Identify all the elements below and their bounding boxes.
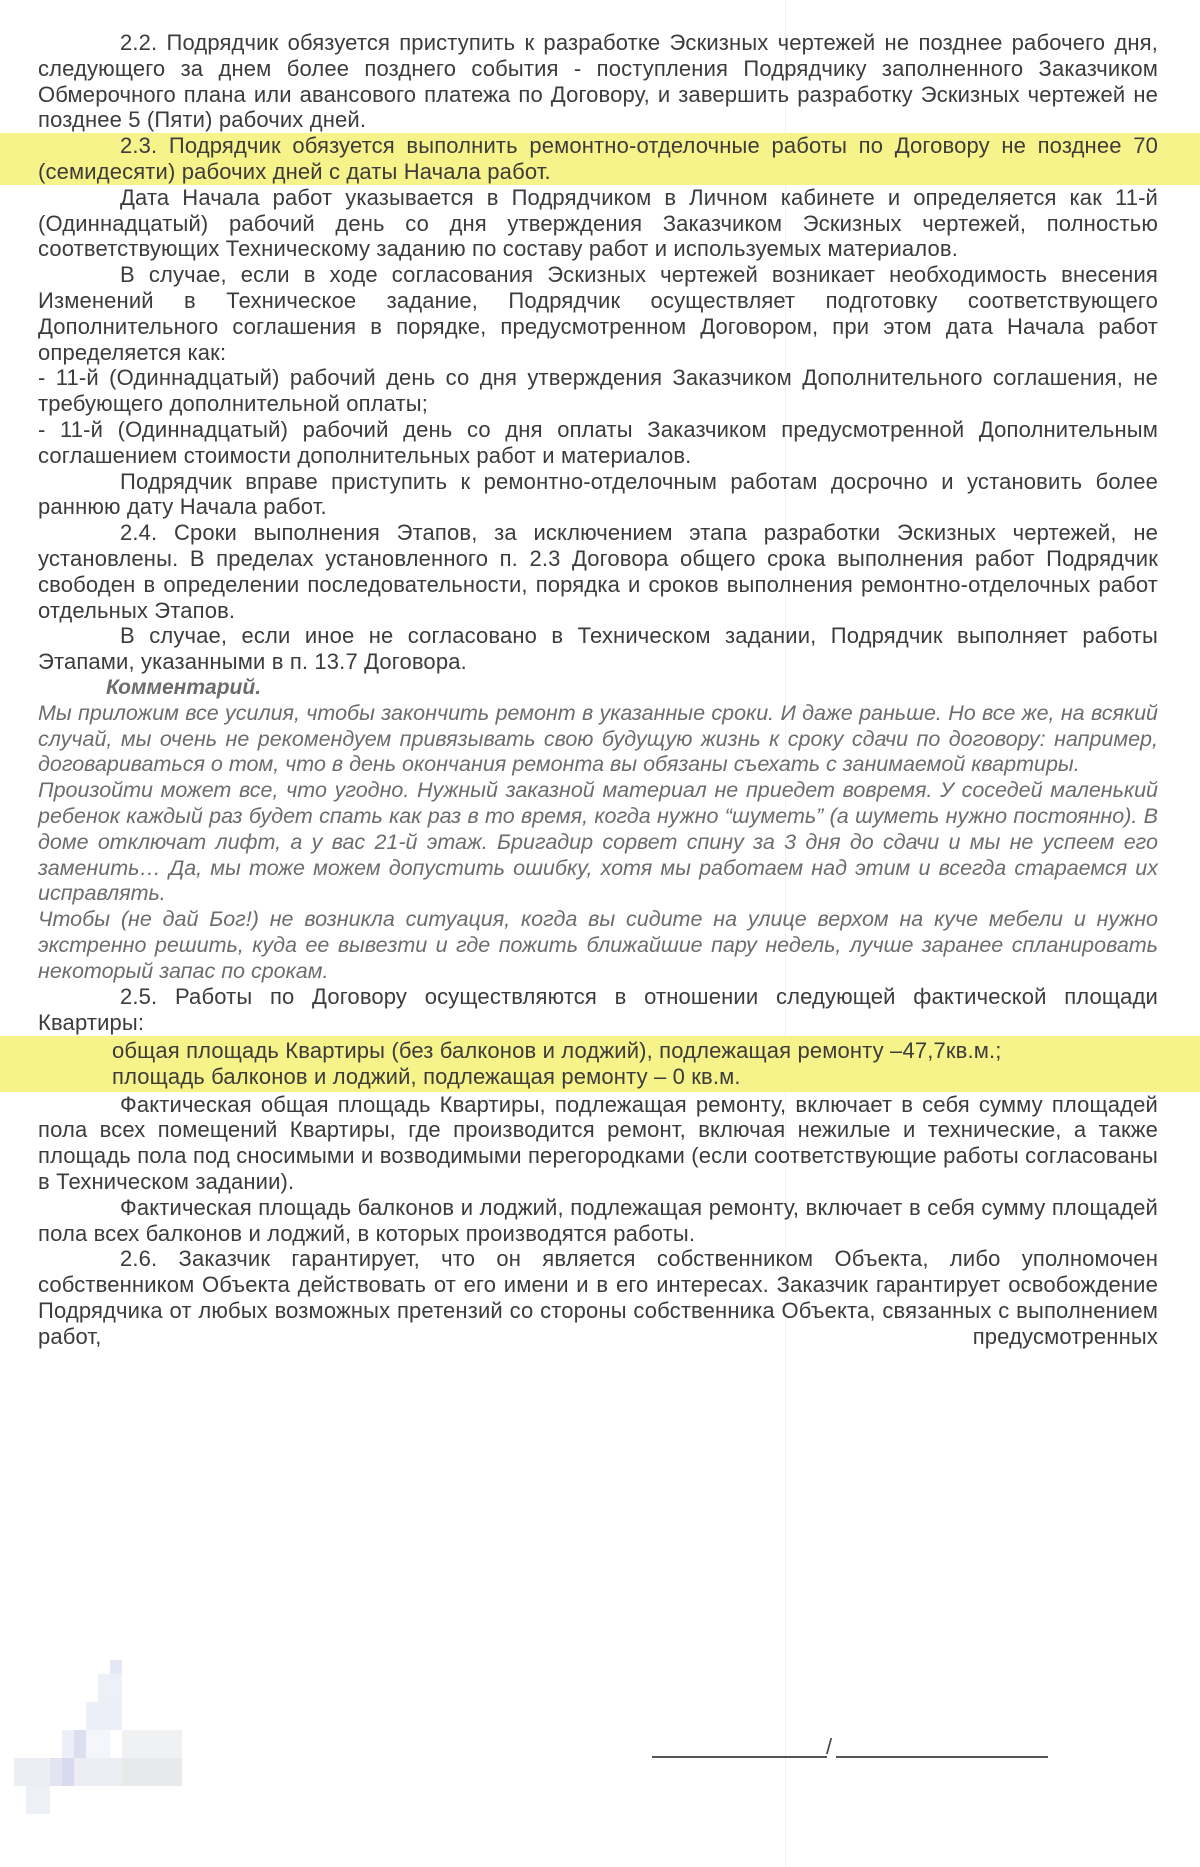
clause-2-5: 2.5. Работы по Договору осуществляются в… — [38, 984, 1158, 1036]
redacted-stamp — [14, 1660, 254, 1850]
start-date-paragraph: Дата Начала работ указывается в Подрядчи… — [38, 185, 1158, 262]
comment-paragraph-3: Чтобы (не дай Бог!) не возникла ситуация… — [38, 907, 1158, 984]
bullet-item-2: - 11-й (Одиннадцатый) рабочий день со дн… — [38, 417, 1158, 469]
bullet-item-1: - 11-й (Одиннадцатый) рабочий день со дн… — [38, 365, 1158, 417]
area-highlight-block: общая площадь Квартиры (без балконов и л… — [0, 1036, 1200, 1092]
stages-paragraph: В случае, если иное не согласовано в Тех… — [38, 623, 1158, 675]
clause-2-4: 2.4. Сроки выполнения Этапов, за исключе… — [38, 520, 1158, 623]
signature-field-left — [652, 1756, 827, 1758]
actual-area-paragraph: Фактическая общая площадь Квартиры, подл… — [38, 1092, 1158, 1195]
balcony-area-paragraph: Фактическая площадь балконов и лоджий, п… — [38, 1195, 1158, 1247]
early-start-paragraph: Подрядчик вправе приступить к ремонтно-о… — [38, 469, 1158, 521]
clause-2-6: 2.6. Заказчик гарантирует, что он являет… — [38, 1246, 1158, 1349]
comment-title: Комментарий. — [106, 675, 1158, 701]
clause-2-3-highlighted: 2.3. Подрядчик обязуется выполнить ремон… — [0, 133, 1200, 185]
comment-paragraph-1: Мы приложим все усилия, чтобы закончить … — [38, 701, 1158, 778]
changes-paragraph: В случае, если в ходе согласования Эскиз… — [38, 262, 1158, 365]
signature-line: / — [652, 1734, 1048, 1764]
clause-2-2: 2.2. Подрядчик обязуется приступить к ра… — [38, 30, 1158, 133]
comment-paragraph-2: Произойти может все, что угодно. Нужный … — [38, 778, 1158, 907]
area-balcony: площадь балконов и лоджий, подлежащая ре… — [112, 1064, 1158, 1090]
signature-separator: / — [826, 1734, 832, 1760]
document-body: 2.2. Подрядчик обязуется приступить к ра… — [38, 30, 1158, 1350]
document-page: 2.2. Подрядчик обязуется приступить к ра… — [0, 0, 1200, 1867]
area-total: общая площадь Квартиры (без балконов и л… — [112, 1038, 1158, 1064]
signature-field-right — [836, 1756, 1048, 1758]
